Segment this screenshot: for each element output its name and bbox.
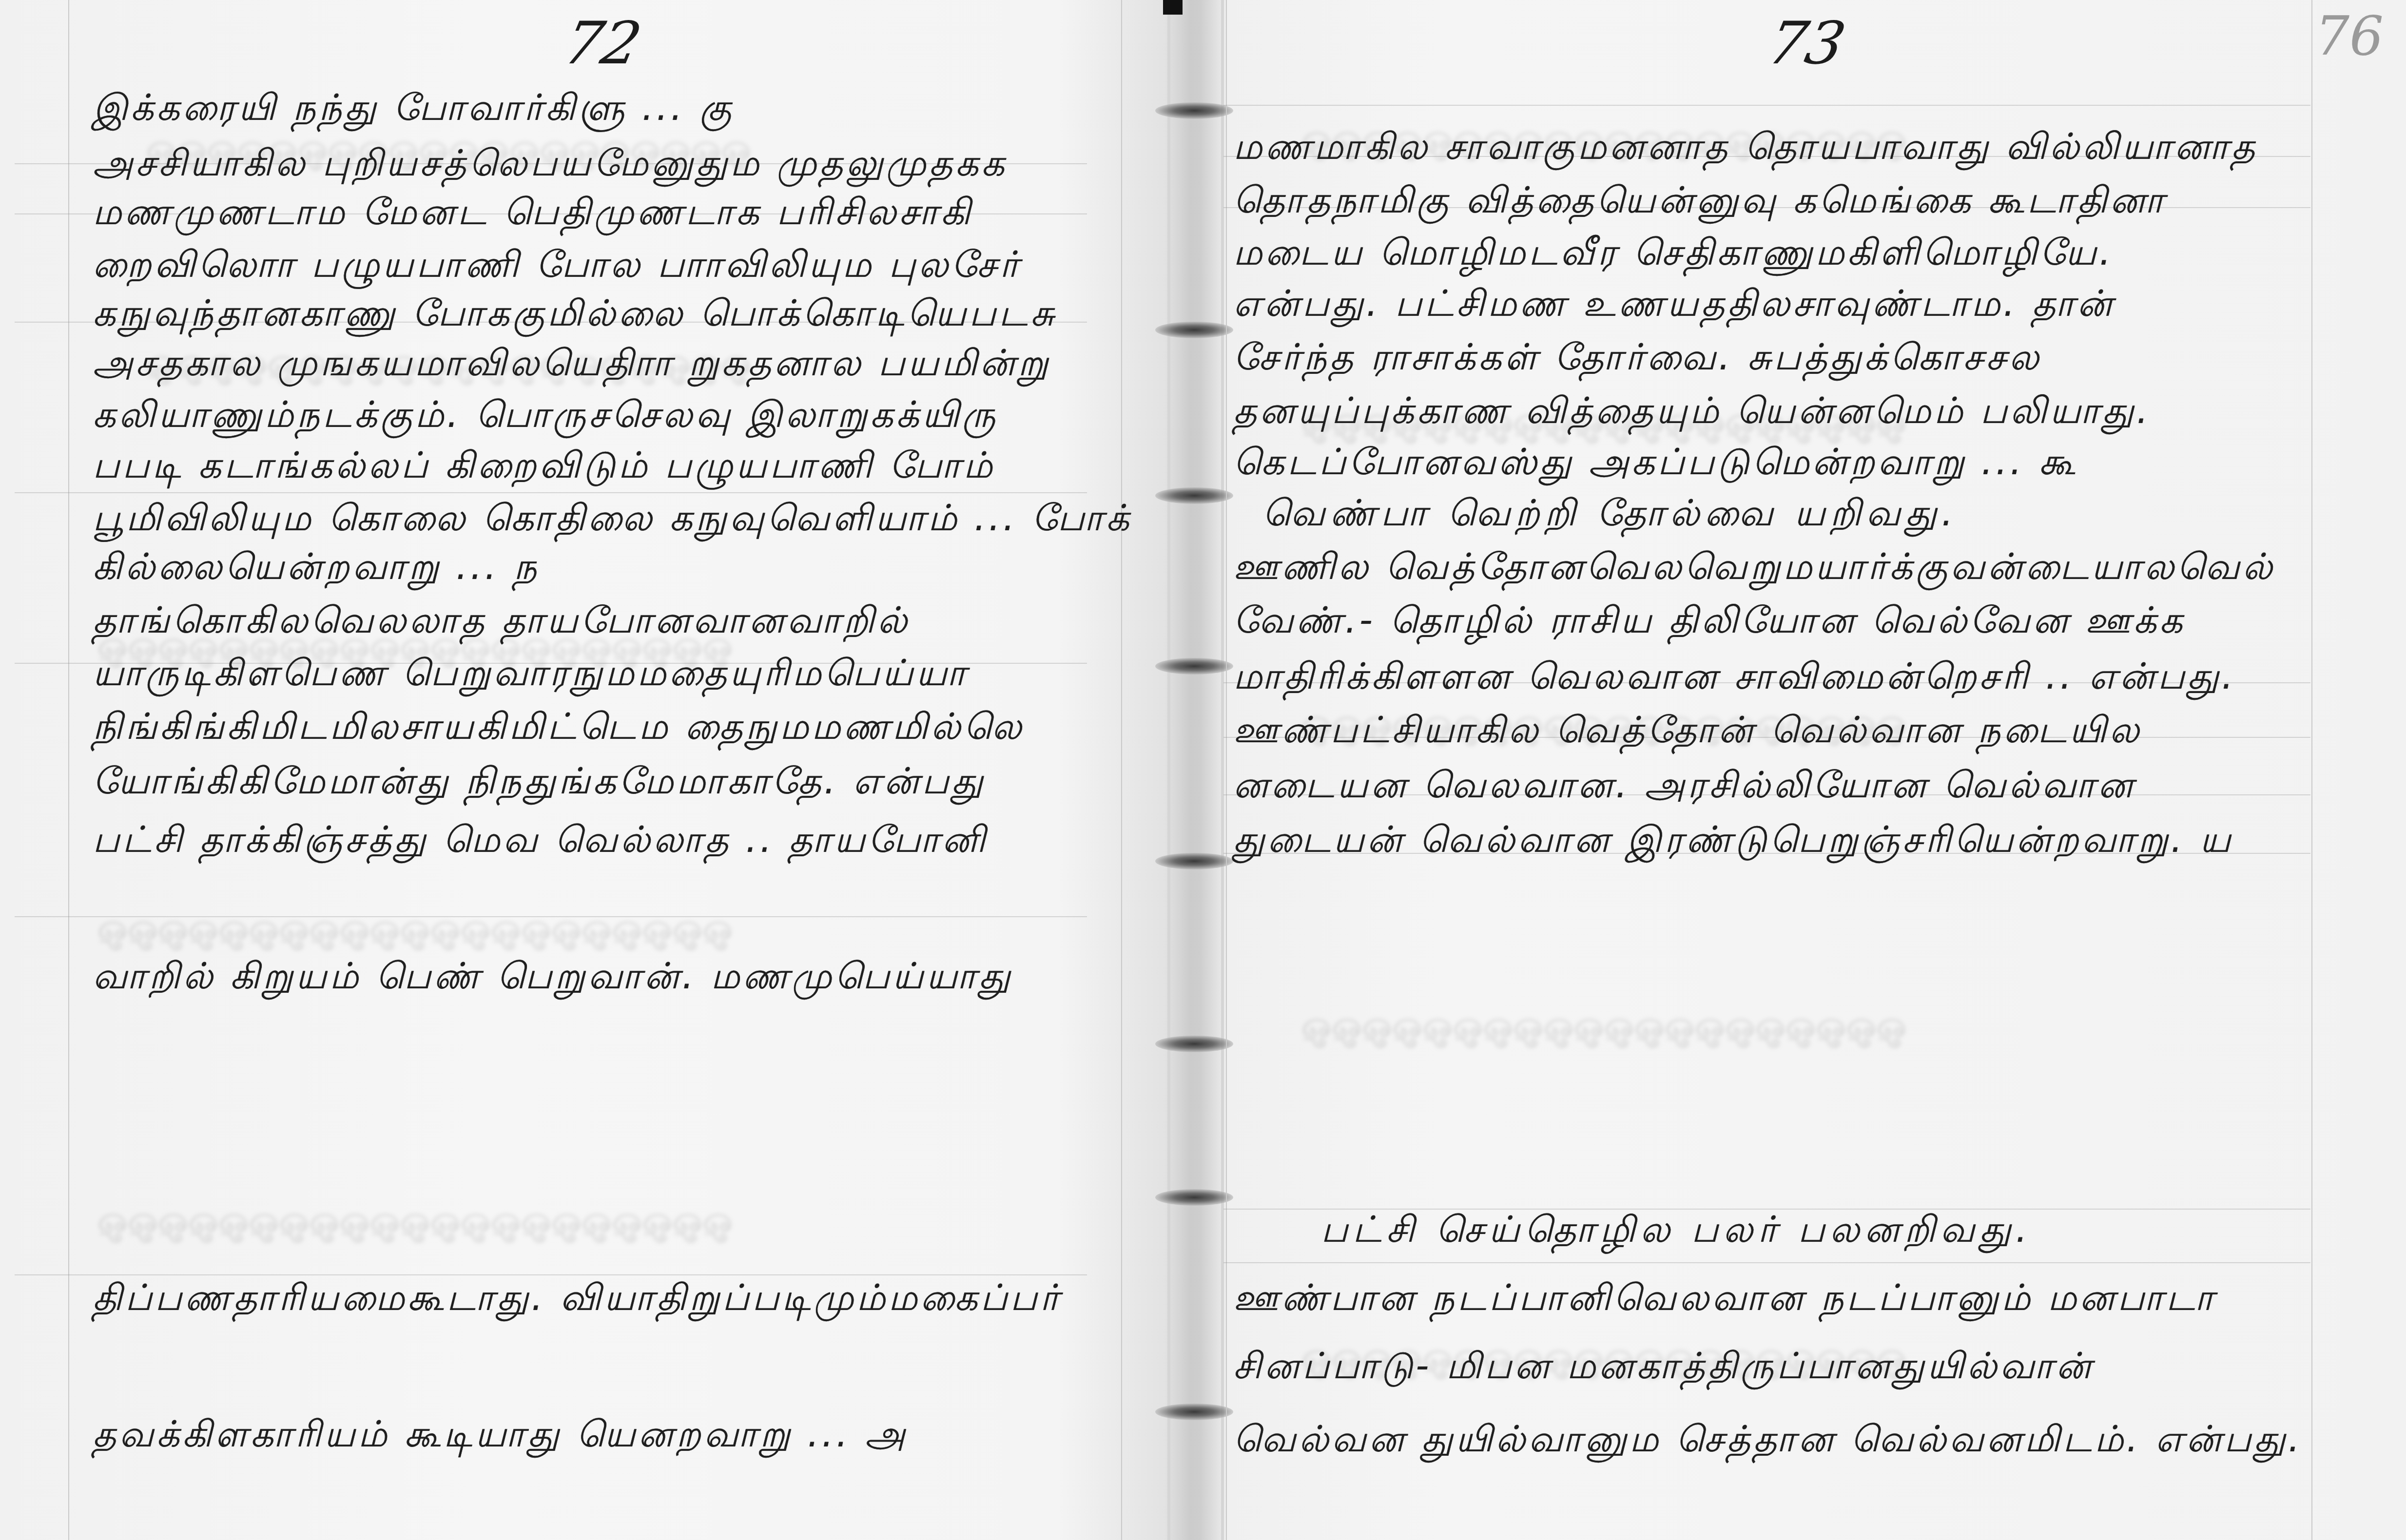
text-line: தாங்கொகிலவெலலாத தாயபோனவானவாறில் [93,599,910,646]
page-number-left: 72 [558,10,647,77]
text-line: கில்லையென்றவாறு ... ந [93,546,540,593]
text-line: கலியாணும்நடக்கும். பொருசசெலவு இலாறுகக்யி… [93,394,998,441]
text-line: கநுவுந்தானகாணு போககுமில்லை பொக்கொடியெபடச… [93,292,1057,339]
section-heading-venba: வெண்பா வெற்றி தோல்வை யறிவது. [1262,492,1958,539]
text-line: சேர்ந்த ராசாக்கள் தோர்வை. சுபத்துக்கொசசல [1233,336,2042,383]
page-number-right: 73 [1762,10,1851,77]
right-margin-rule [2311,0,2312,1540]
text-line: அசசியாகில புறியசத்லெபயமேனுதும முதலுமுதகக [93,142,1008,189]
text-line: துடையன் வெல்வான இரண்டுபெறுஞ்சரியென்றவாறு… [1233,819,2233,866]
text-line: றைவிலொா பழுயபாணி போல பாாவிலியும புலசேர் [93,244,1022,290]
text-line: பபடி கடாங்கல்லப் கிறைவிடும் பழுயபாணி போம… [93,444,995,491]
manuscript-spread: 72 ஓஓஓஓஓஓஓஓஓஓஓஓஓஓஓஓஓஓஓஓ ஓஓஓஓஓஓஓஓஓஓஓஓஓஓஓஓ… [0,0,2406,1540]
right-page: 73 ஓஓஓஓஓஓஓஓஓஓஓஓஓஓஓஓஓஓஓஓ ஓஓஓஓஓஓஓஓஓஓஓஓஓஓஓஓ… [1204,0,2406,1540]
text-line: சினப்பாடு- மிபன மனகாத்திருப்பானதுயில்வான… [1233,1345,2094,1392]
right-inner-margin-rule [1226,0,1227,1540]
text-line: மணமாகில சாவாகுமனனாத தொயபாவாது வில்லியானா… [1233,126,2258,173]
text-line: மாதிரிக்கிளளன வெலவான சாவிமைன்றெசரி .. என… [1233,655,2236,702]
text-line: பட்சி தாக்கிஞ்சத்து மெவ வெல்லாத .. தாயபோ… [93,819,988,866]
text-line: அசதகால முஙகயமாவிலயெதிாா றுகதனால பயமின்று [93,342,1051,389]
text-line: மணமுணடாம மேனட பெதிமுணடாக பரிசிலசாகி [93,191,973,238]
ruled-line [15,1274,1087,1275]
text-line: தவக்கிளகாரியம் கூடியாது யெனறவாறு ... அ [93,1413,908,1460]
bleed-through-text: ஓஓஓஓஓஓஓஓஓஓஓஓஓஓஓஓஓஓஓஓஓ [97,906,733,953]
text-line: கெடப்போனவஸ்து அகப்படுமென்றவாறு ... கூ [1233,441,2078,488]
ruled-line [1223,105,2310,106]
text-line: யாருடிகிளபெண பெறுவாரநுமமதையுரிமபெய்யா [93,652,969,699]
gutter-edge-left [1167,0,1170,1540]
text-line: திப்பணதாரியமைகூடாது. வியாதிறுப்படிமும்மக… [93,1277,1062,1324]
text-line: இக்கரையி நந்து போவார்கிளு ... கு [93,87,734,134]
text-line: வேண்.- தொழில் ராசிய திலியோன வெல்வேன ஊக்க [1233,599,2186,646]
text-line: ஊணில வெத்தோனவெலவெறுமயார்க்குவன்டையாலவெல் [1233,546,2275,593]
text-line: ஊண்பட்சியாகில வெத்தோன் வெல்வான நடையில [1233,709,2142,756]
ruled-line [1223,1262,2310,1263]
text-line: வெல்வன துயில்வானும செத்தான வெல்வனமிடம். … [1233,1418,2303,1465]
section-heading: பட்சி செய்தொழில பலர் பலனறிவது. [1321,1209,2032,1255]
bleed-through-text: ஓஓஓஓஓஓஓஓஓஓஓஓஓஓஓஓஓஓஓஓ [1301,1004,1907,1051]
text-line: பூமிவிலியும கொலை கொதிலை கநுவுவெளியாம் ..… [93,497,1132,544]
left-margin-rule [68,0,69,1540]
text-line: யோங்கிகிமேமான்து நிநதுங்கமேமாகாதே. என்பத… [93,760,986,807]
text-line: னடையன வெலவான. அரசில்லியோன வெல்வான [1233,764,2136,811]
left-page: 72 ஓஓஓஓஓஓஓஓஓஓஓஓஓஓஓஓஓஓஓஓ ஓஓஓஓஓஓஓஓஓஓஓஓஓஓஓஓ… [0,0,1170,1540]
text-line: தனயுப்புக்காண வித்தையும் யென்னமெம் பலியா… [1233,390,2151,437]
binding-top-shadow [1163,0,1183,15]
text-line: மடைய மொழிமடவீர செதிகாணுமகிளிமொழியே. [1233,231,2114,278]
text-line: தொதநாமிகு வித்தையென்னுவு கமெங்கை கூடாதின… [1233,179,2167,226]
bleed-through-text: ஓஓஓஓஓஓஓஓஓஓஓஓஓஓஓஓஓஓஓஓஓ [97,1199,733,1246]
text-line: என்பது. பட்சிமண உணயததிலசாவுண்டாம. தான் [1233,283,2115,329]
folio-number-pencil: 76 [2315,5,2384,67]
text-line: ஊண்பான நடப்பானிவெலவான நடப்பானும் மனபாடா [1233,1277,2216,1324]
left-inner-margin-rule [1121,0,1122,1540]
text-line: வாறில் கிறுயம் பெண் பெறுவான். மணமுபெய்யா… [93,955,1013,1002]
text-line: நிங்கிங்கிமிடமிலசாயகிமிட்டெம தைநுமமணமில்… [93,706,1025,752]
ruled-line [15,492,1087,493]
